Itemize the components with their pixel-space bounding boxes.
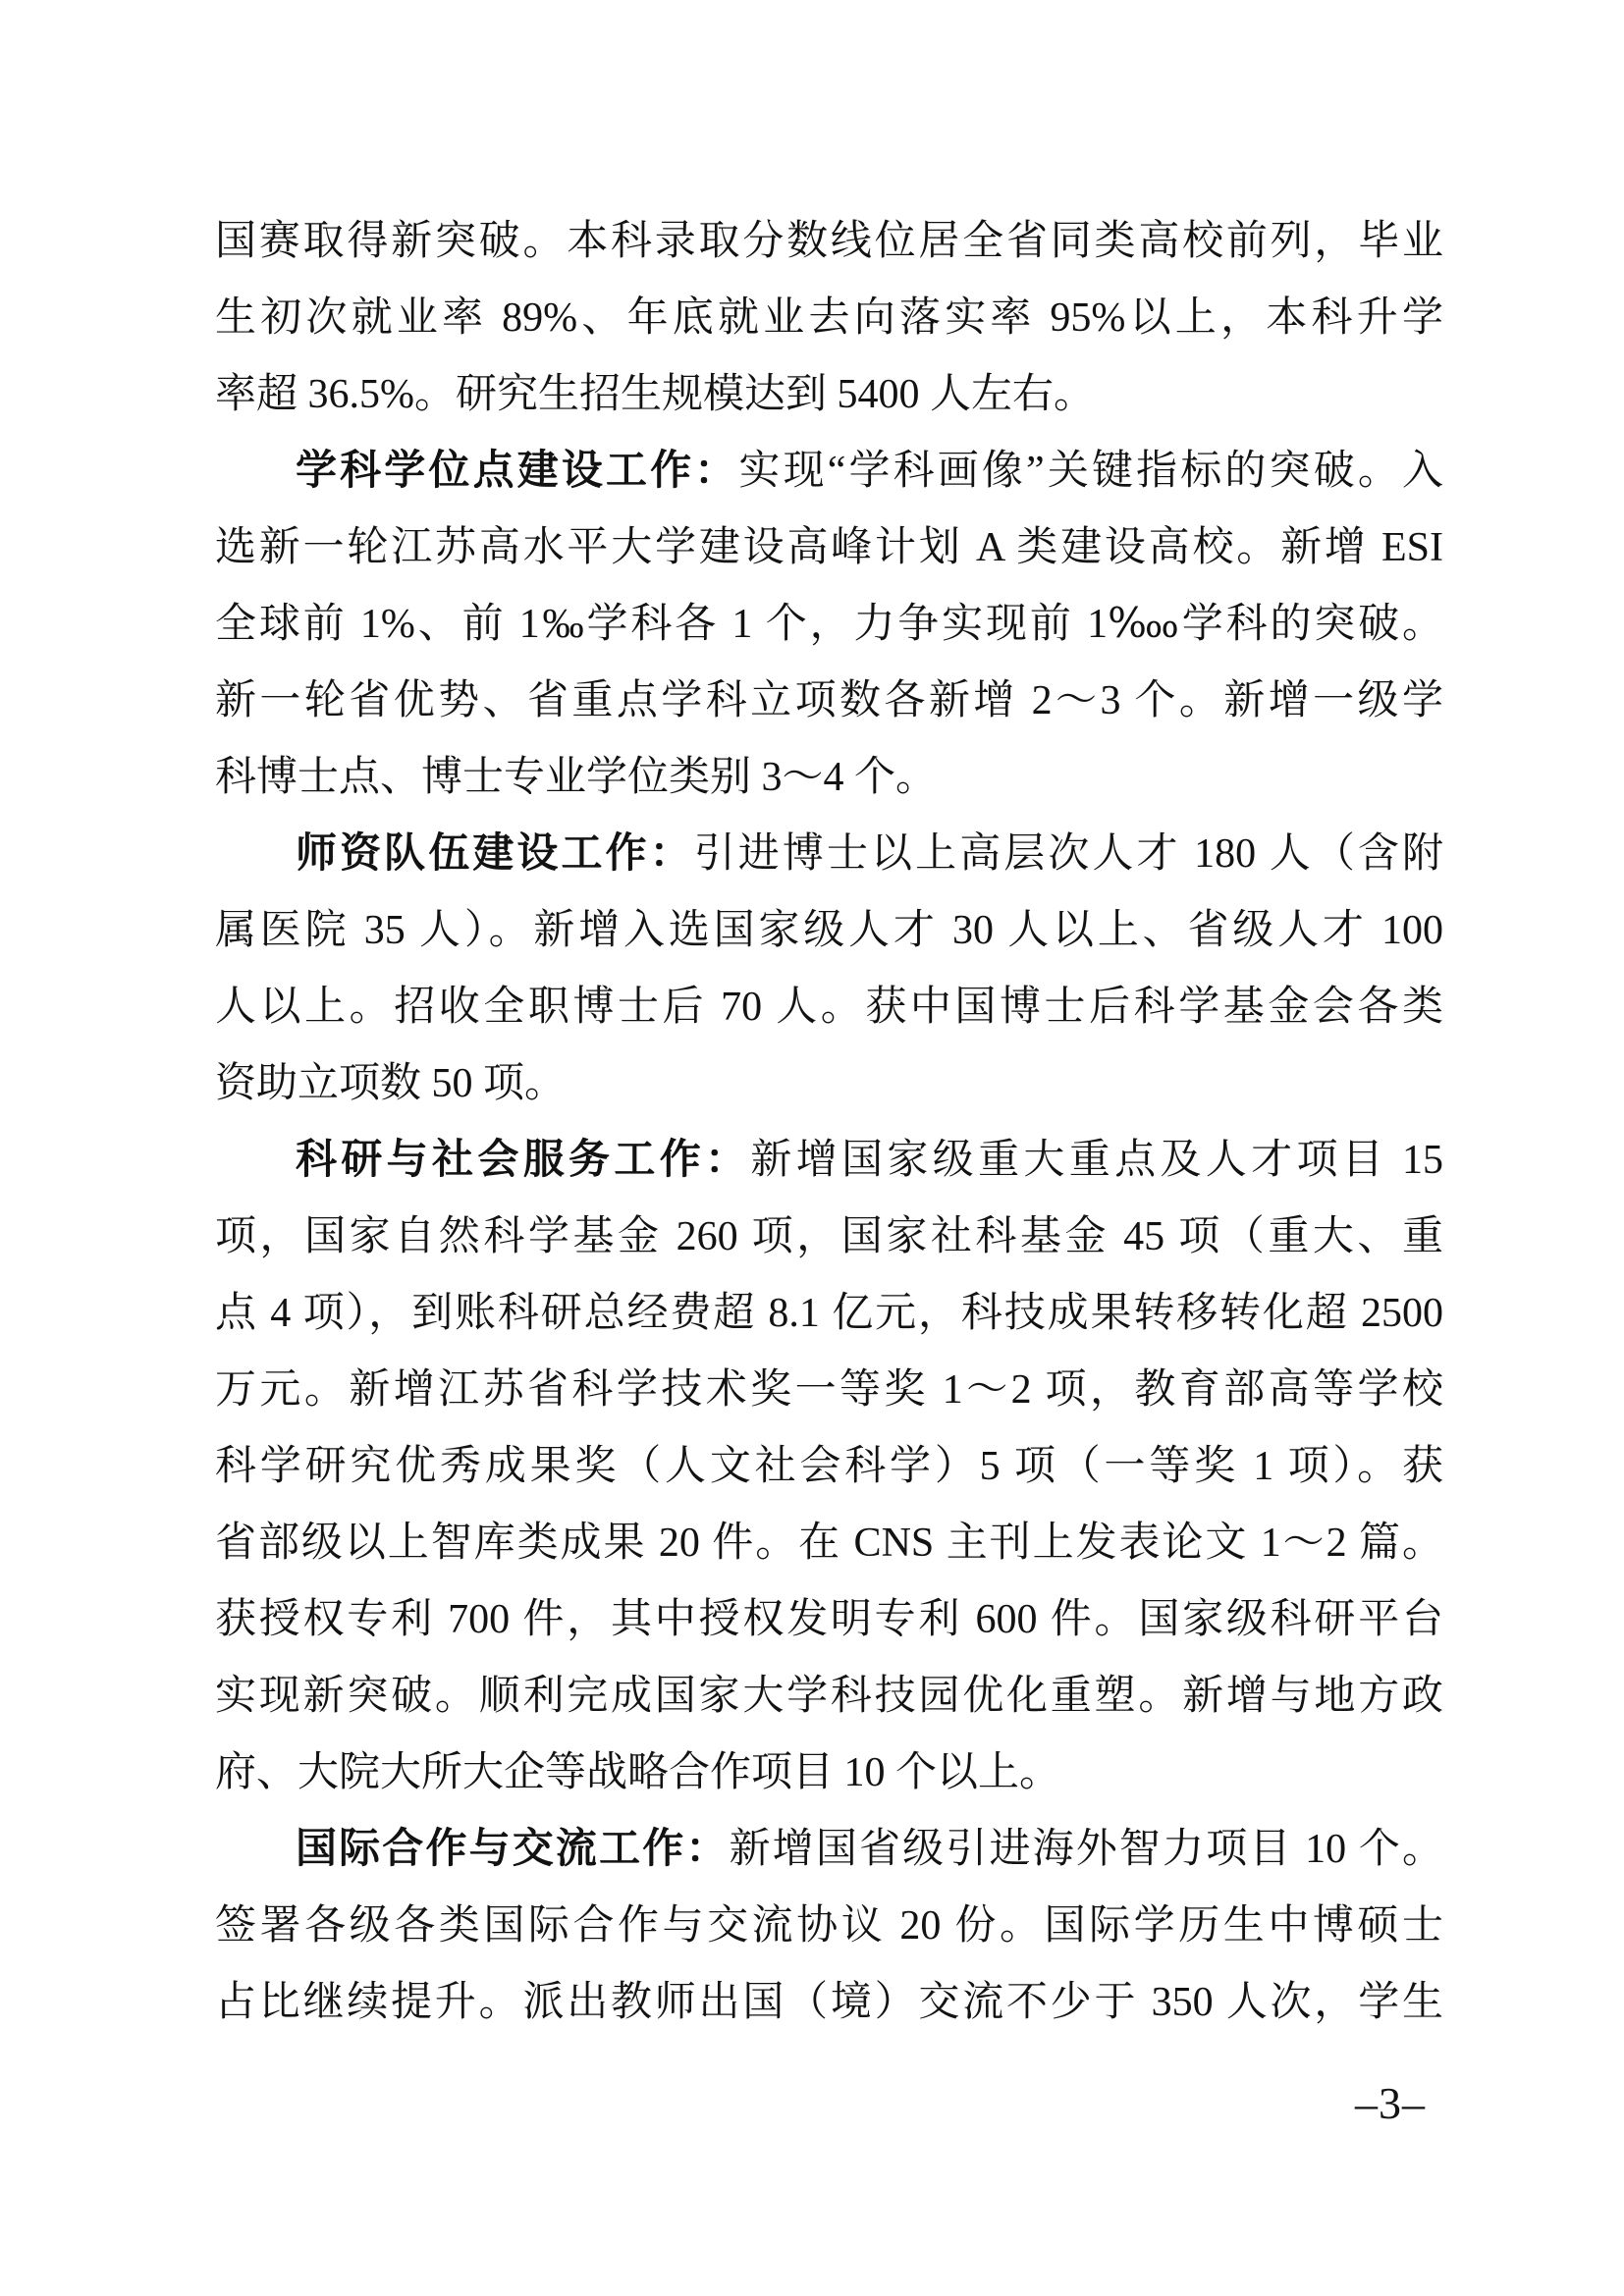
page-number: –3–	[1355, 2081, 1426, 2126]
body-line: 项，国家自然科学基金 260 项，国家社科基金 45 项（重大、重	[215, 1199, 1443, 1275]
body-line: 科研与社会服务工作：新增国家级重大重点及人才项目 15	[215, 1122, 1443, 1199]
line-text: 府、大院大所大企等战略合作项目 10 个以上。	[215, 1750, 1060, 1795]
line-text: 科学研究优秀成果奖（人文社会科学）5 项（一等奖 1 项）。获	[215, 1444, 1443, 1489]
body-line: 师资队伍建设工作：引进博士以上高层次人才 180 人（含附	[215, 816, 1443, 892]
body-line: 率超 36.5%。研究生招生规模达到 5400 人左右。	[215, 356, 1443, 433]
line-text: 资助立项数 50 项。	[215, 1061, 566, 1106]
body-line: 省部级以上智库类成果 20 件。在 CNS 主刊上发表论文 1～2 篇。	[215, 1505, 1443, 1581]
line-text: 占比继续提升。派出教师出国（境）交流不少于 350 人次，学生	[215, 1980, 1443, 2025]
body-line: 实现新突破。顺利完成国家大学科技园优化重塑。新增与地方政	[215, 1658, 1443, 1735]
section-heading: 科研与社会服务工作：	[296, 1138, 750, 1183]
line-text: 点 4 项），到账科研总经费超 8.1 亿元，科技成果转移转化超 2500	[215, 1291, 1443, 1336]
line-text: 实现新突破。顺利完成国家大学科技园优化重塑。新增与地方政	[215, 1674, 1443, 1719]
line-text: 生初次就业率 89%、年底就业去向落实率 95%以上，本科升学	[215, 295, 1443, 341]
section-heading: 学科学位点建设工作：	[296, 449, 738, 494]
document-page: 国赛取得新突破。本科录取分数线位居全省同类高校前列，毕业生初次就业率 89%、年…	[0, 0, 1624, 2296]
body-line: 国际合作与交流工作：新增国省级引进海外智力项目 10 个。	[215, 1811, 1443, 1888]
line-text: 新增国家级重大重点及人才项目 15	[750, 1138, 1443, 1183]
line-text: 万元。新增江苏省科学技术奖一等奖 1～2 项，教育部高等学校	[215, 1367, 1443, 1413]
line-text: 实现“学科画像”关键指标的突破。入	[738, 449, 1443, 494]
body-line: 学科学位点建设工作：实现“学科画像”关键指标的突破。入	[215, 433, 1443, 509]
body-text: 国赛取得新突破。本科录取分数线位居全省同类高校前列，毕业生初次就业率 89%、年…	[215, 203, 1443, 2041]
section-heading: 国际合作与交流工作：	[296, 1827, 730, 1872]
line-text: 选新一轮江苏高水平大学建设高峰计划 A 类建设高校。新增 ESI	[215, 525, 1443, 570]
section-heading: 师资队伍建设工作：	[296, 831, 694, 877]
body-line: 府、大院大所大企等战略合作项目 10 个以上。	[215, 1735, 1443, 1811]
body-line: 万元。新增江苏省科学技术奖一等奖 1～2 项，教育部高等学校	[215, 1352, 1443, 1428]
body-line: 国赛取得新突破。本科录取分数线位居全省同类高校前列，毕业	[215, 203, 1443, 280]
line-text: 科博士点、博士专业学位类别 3～4 个。	[215, 755, 937, 800]
body-line: 科学研究优秀成果奖（人文社会科学）5 项（一等奖 1 项）。获	[215, 1428, 1443, 1505]
body-line: 生初次就业率 89%、年底就业去向落实率 95%以上，本科升学	[215, 280, 1443, 356]
body-line: 签署各级各类国际合作与交流协议 20 份。国际学历生中博硕士	[215, 1888, 1443, 1964]
body-line: 科博士点、博士专业学位类别 3～4 个。	[215, 739, 1443, 816]
line-text: 全球前 1%、前 1‰学科各 1 个，力争实现前 1‱学科的突破。	[215, 602, 1443, 647]
line-text: 省部级以上智库类成果 20 件。在 CNS 主刊上发表论文 1～2 篇。	[215, 1521, 1443, 1566]
line-text: 国赛取得新突破。本科录取分数线位居全省同类高校前列，毕业	[215, 219, 1443, 264]
body-line: 全球前 1%、前 1‰学科各 1 个，力争实现前 1‱学科的突破。	[215, 586, 1443, 663]
body-line: 属医院 35 人）。新增入选国家级人才 30 人以上、省级人才 100	[215, 892, 1443, 969]
body-line: 占比继续提升。派出教师出国（境）交流不少于 350 人次，学生	[215, 1964, 1443, 2041]
line-text: 率超 36.5%。研究生招生规模达到 5400 人左右。	[215, 372, 1095, 417]
line-text: 新一轮省优势、省重点学科立项数各新增 2～3 个。新增一级学	[215, 678, 1443, 723]
line-text: 项，国家自然科学基金 260 项，国家社科基金 45 项（重大、重	[215, 1214, 1443, 1259]
line-text: 新增国省级引进海外智力项目 10 个。	[730, 1827, 1443, 1872]
body-line: 点 4 项），到账科研总经费超 8.1 亿元，科技成果转移转化超 2500	[215, 1275, 1443, 1352]
line-text: 引进博士以上高层次人才 180 人（含附	[694, 831, 1443, 877]
body-line: 获授权专利 700 件，其中授权发明专利 600 件。国家级科研平台	[215, 1581, 1443, 1658]
line-text: 签署各级各类国际合作与交流协议 20 份。国际学历生中博硕士	[215, 1903, 1443, 1949]
body-line: 资助立项数 50 项。	[215, 1045, 1443, 1122]
line-text: 属医院 35 人）。新增入选国家级人才 30 人以上、省级人才 100	[215, 908, 1443, 953]
body-line: 选新一轮江苏高水平大学建设高峰计划 A 类建设高校。新增 ESI	[215, 509, 1443, 586]
line-text: 获授权专利 700 件，其中授权发明专利 600 件。国家级科研平台	[215, 1597, 1443, 1642]
line-text: 人以上。招收全职博士后 70 人。获中国博士后科学基金会各类	[215, 985, 1443, 1030]
body-line: 新一轮省优势、省重点学科立项数各新增 2～3 个。新增一级学	[215, 663, 1443, 739]
body-line: 人以上。招收全职博士后 70 人。获中国博士后科学基金会各类	[215, 969, 1443, 1045]
